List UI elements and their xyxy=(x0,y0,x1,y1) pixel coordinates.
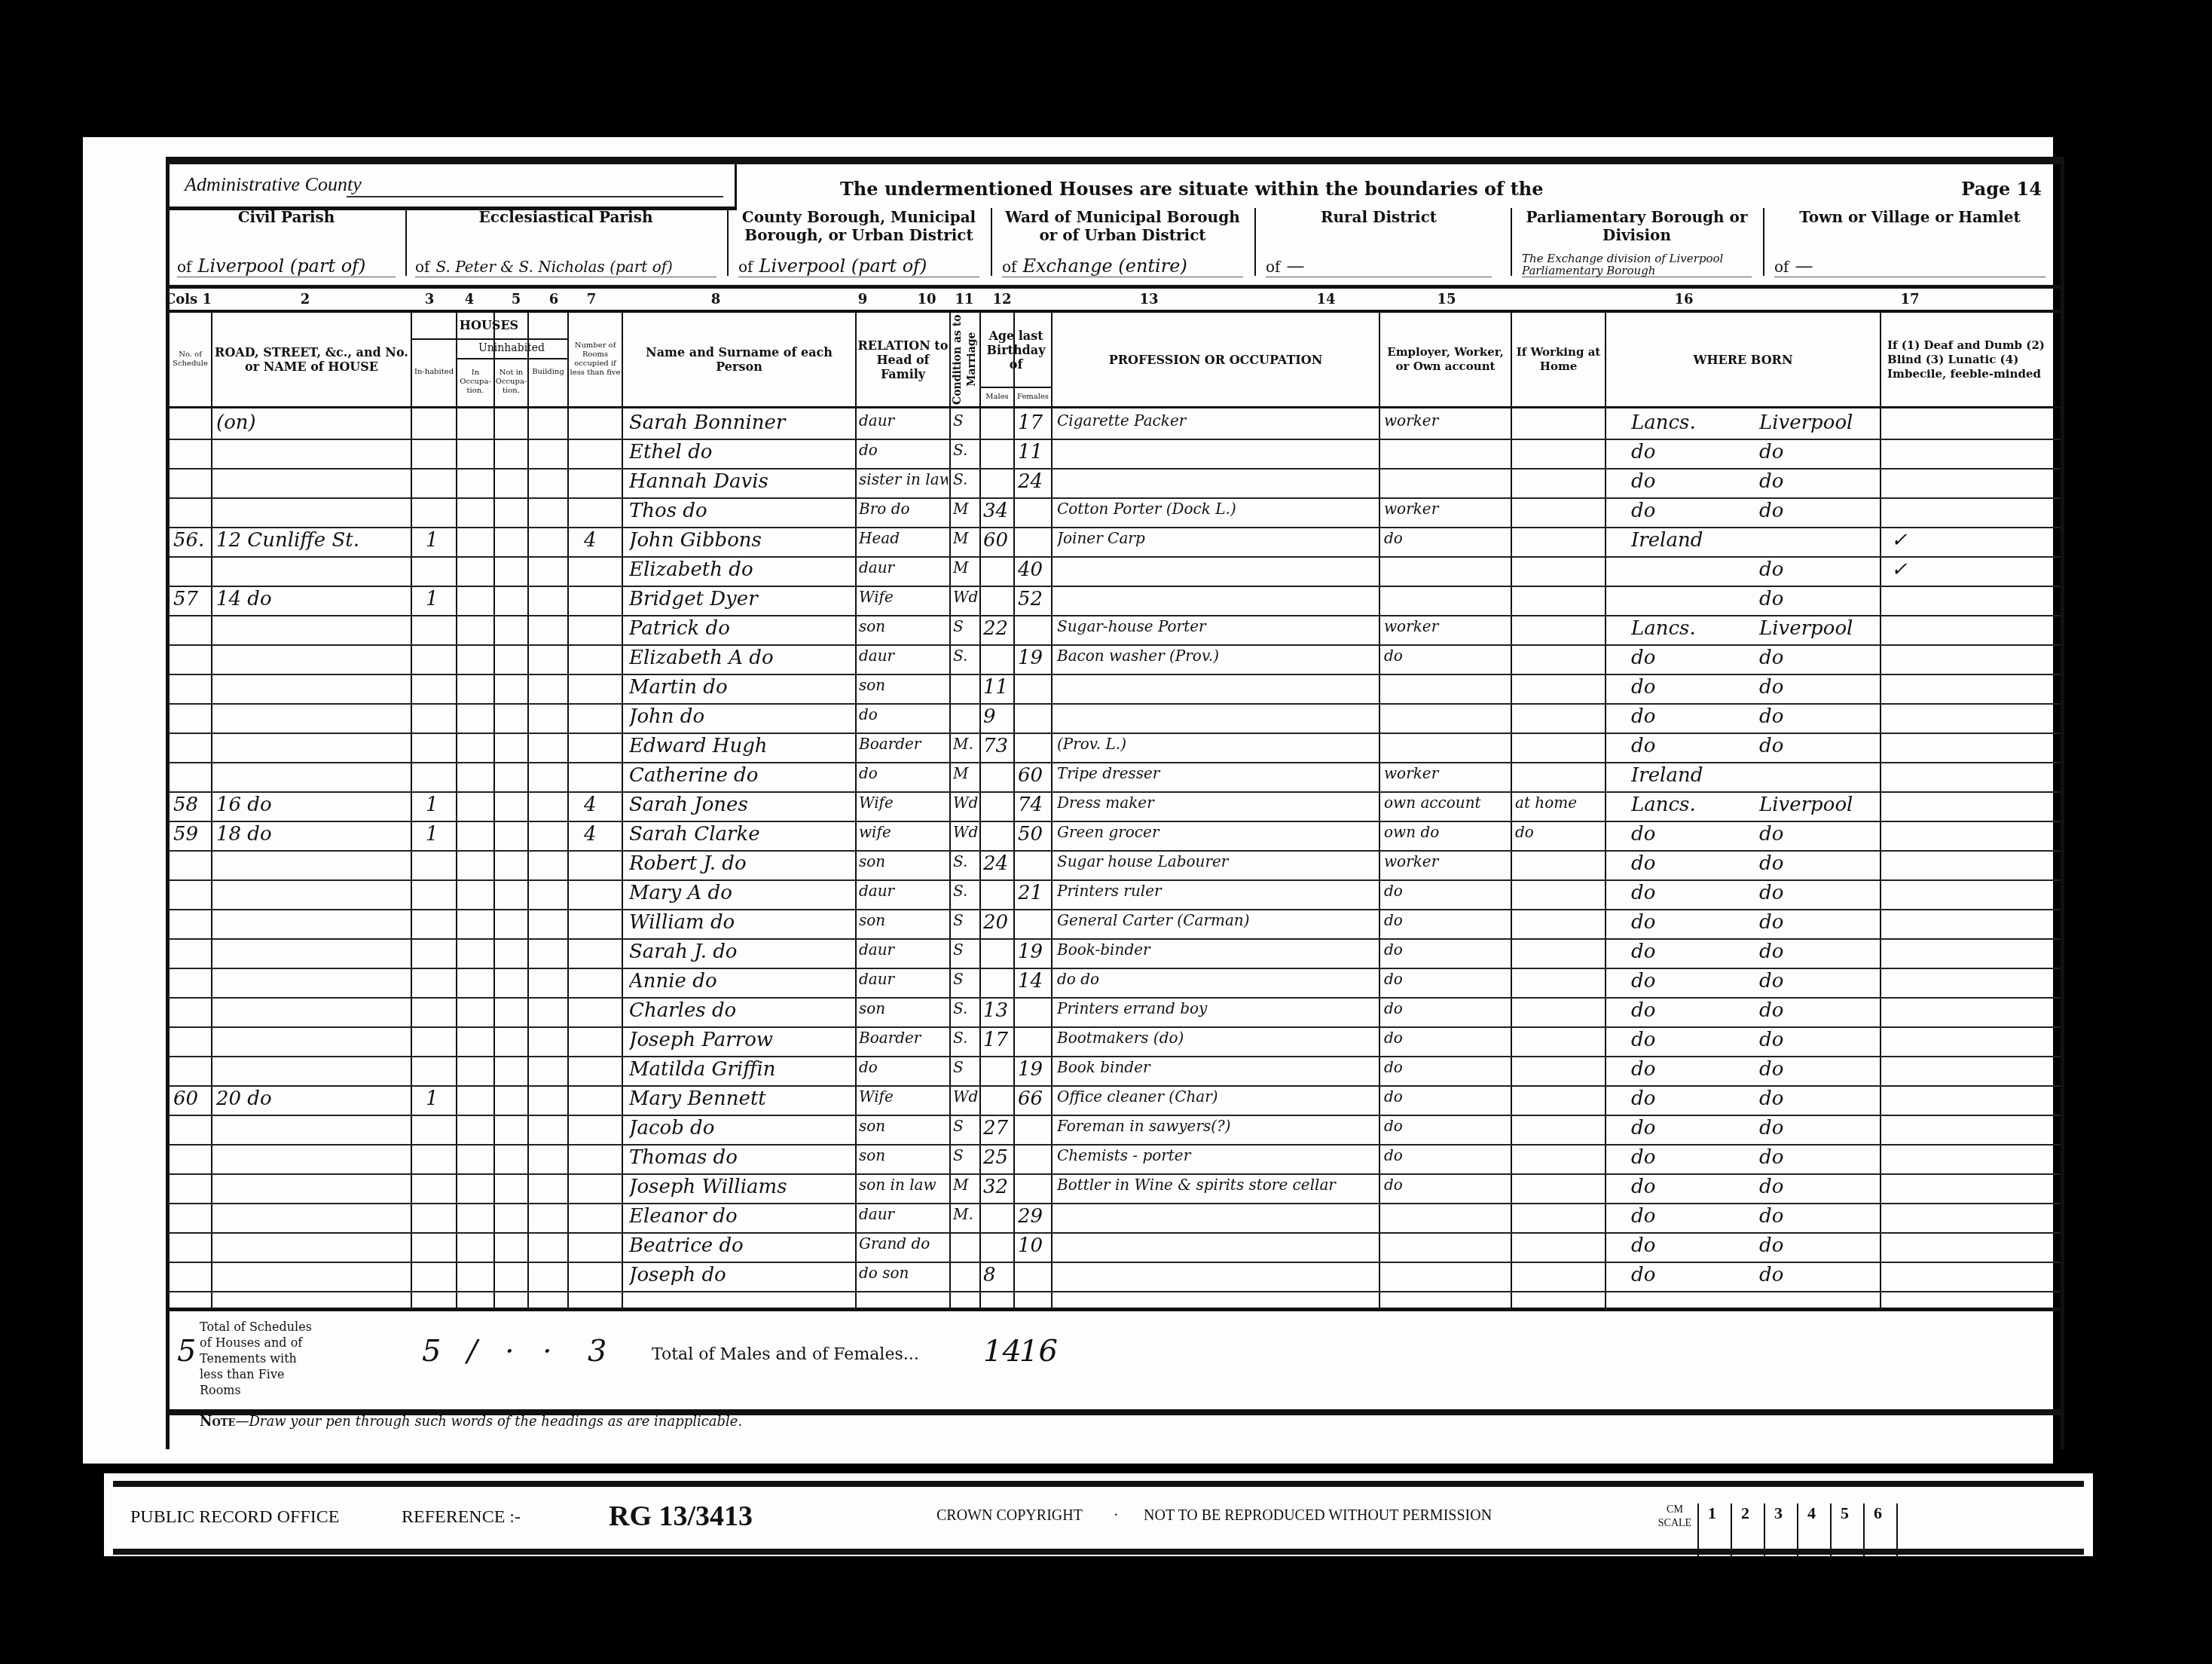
born-county-cell: do xyxy=(1631,941,1744,963)
born-place-cell: do xyxy=(1759,588,1876,610)
header-houses: HOUSES xyxy=(411,313,567,340)
column-numbers: Cols 1 2 3 4 5 6 7 8 9 10 11 12 13 14 15… xyxy=(170,289,2061,313)
header-females: Females xyxy=(1015,388,1051,408)
condition-cell: M. xyxy=(953,735,979,753)
condition-cell: S. xyxy=(953,470,979,488)
name-cell: Bridget Dyer xyxy=(629,588,855,610)
condition-cell: S. xyxy=(953,1029,979,1047)
name-cell: Mary Bennett xyxy=(629,1087,855,1110)
table-row: Hannah Davissister in lawS.24dodo xyxy=(170,467,2061,499)
condition-cell: M. xyxy=(953,1205,979,1223)
table-row: Elizabeth dodaurM40do✓ xyxy=(170,555,2061,587)
born-county-cell: Ireland xyxy=(1631,529,1744,552)
born-place-cell: do xyxy=(1759,1087,1876,1110)
occupation-cell: Joiner Carp xyxy=(1057,529,1377,547)
name-cell: Joseph Parrow xyxy=(629,1029,855,1051)
employer-cell: do xyxy=(1384,1117,1511,1135)
rooms-cell: 4 xyxy=(584,529,618,552)
born-place-cell: do xyxy=(1759,970,1876,993)
born-place-cell: do xyxy=(1759,1234,1876,1257)
employer-cell: worker xyxy=(1384,500,1511,518)
address-cell: 20 do xyxy=(216,1087,408,1110)
name-cell: Ethel do xyxy=(629,441,855,463)
female-age-cell: 66 xyxy=(1018,1087,1049,1110)
male-age-cell: 32 xyxy=(983,1176,1013,1198)
cm-scale: CM SCALE 1 2 3 4 5 6 xyxy=(1652,1503,1987,1556)
relation-cell: daur xyxy=(859,970,948,988)
divider xyxy=(727,208,729,276)
table-row: 5714 do1Bridget DyerWifeWd52do xyxy=(170,585,2061,616)
born-county-cell: do xyxy=(1631,1117,1744,1139)
divider xyxy=(405,208,407,276)
occupation-cell: Green grocer xyxy=(1057,823,1377,841)
name-cell: Sarah Bonniner xyxy=(629,411,855,434)
born-county-cell: do xyxy=(1631,999,1744,1022)
table-row: Robert J. dosonS.24Sugar house Labourerw… xyxy=(170,849,2061,881)
born-county-cell: Ireland xyxy=(1631,764,1744,787)
table-row: 5918 do14Sarah ClarkewifeWd50Green groce… xyxy=(170,820,2061,852)
col-number: 9 xyxy=(858,292,868,307)
employer-cell: do xyxy=(1384,647,1511,665)
born-place-cell: do xyxy=(1759,558,1876,581)
condition-cell: S. xyxy=(953,647,979,665)
col-number: 7 xyxy=(587,292,597,307)
name-cell: Joseph do xyxy=(629,1264,855,1286)
table-row: Edward HughBoarderM.73(Prov. L.)dodo xyxy=(170,732,2061,763)
table-row: Ethel dodoS.11dodo xyxy=(170,438,2061,470)
condition-cell: Wd xyxy=(953,588,979,606)
col-number: 15 xyxy=(1437,292,1456,307)
header-at-home: If Working at Home xyxy=(1512,313,1605,408)
address-cell: 16 do xyxy=(216,794,408,816)
civil-parish-value: Liverpool (part of) xyxy=(197,255,365,277)
female-age-cell: 19 xyxy=(1018,647,1049,669)
relation-cell: daur xyxy=(859,941,948,959)
occupation-cell: Sugar-house Porter xyxy=(1057,617,1377,635)
name-cell: Charles do xyxy=(629,999,855,1022)
relation-cell: Head xyxy=(859,529,948,547)
occupation-cell: Cigarette Packer xyxy=(1057,411,1377,430)
born-county-cell: do xyxy=(1631,823,1744,846)
name-cell: Elizabeth A do xyxy=(629,647,855,669)
born-county-cell: do xyxy=(1631,1087,1744,1110)
born-county-cell: do xyxy=(1631,676,1744,699)
female-age-cell: 50 xyxy=(1018,823,1049,846)
ecclesiastical-parish: Ecclesiastical Parish ofS. Peter & S. Ni… xyxy=(408,202,724,285)
top-rule xyxy=(170,157,2061,164)
schedule-cell: 59 xyxy=(173,823,209,846)
name-cell: Patrick do xyxy=(629,617,855,640)
col-number: 14 xyxy=(1316,292,1335,307)
occupation-cell: Bacon washer (Prov.) xyxy=(1057,647,1377,665)
ward-value: Exchange (entire) xyxy=(1022,255,1187,277)
header-rooms: Number of Rooms occupied if less than fi… xyxy=(569,313,622,408)
female-age-cell: 10 xyxy=(1018,1234,1049,1257)
occupation-cell: Chemists - porter xyxy=(1057,1146,1377,1164)
male-age-cell: 24 xyxy=(983,852,1013,875)
note-text: —Draw your pen through such words of the… xyxy=(235,1414,742,1430)
born-county-cell: do xyxy=(1631,441,1744,463)
male-age-cell: 73 xyxy=(983,735,1013,757)
col-number: 5 xyxy=(512,292,521,307)
born-county-cell: do xyxy=(1631,911,1744,934)
relation-cell: daur xyxy=(859,882,948,900)
totals-row: 5 Total of Schedules of Houses and of Te… xyxy=(170,1308,2061,1415)
header-in-occupation: In Occupa-tion. xyxy=(457,358,493,408)
occupation-cell: Dress maker xyxy=(1057,794,1377,812)
employer-cell: do xyxy=(1384,941,1511,959)
born-county-cell: do xyxy=(1631,1058,1744,1081)
table-row: Eleanor dodaurM.29dodo xyxy=(170,1202,2061,1234)
parliamentary-borough: Parliamentary Borough or Division The Ex… xyxy=(1514,202,1759,285)
born-place-cell: do xyxy=(1759,735,1876,757)
condition-cell: S. xyxy=(953,441,979,459)
male-age-cell: 20 xyxy=(983,911,1013,934)
condition-cell: M xyxy=(953,1176,979,1194)
occupation-cell: Cotton Porter (Dock L.) xyxy=(1057,500,1377,518)
born-place-cell: Liverpool xyxy=(1759,411,1876,434)
employer-cell: worker xyxy=(1384,411,1511,430)
born-place-cell: do xyxy=(1759,999,1876,1022)
col-number: 2 xyxy=(301,292,310,307)
table-row: Thomas dosonS25Chemists - porterdododo xyxy=(170,1143,2061,1175)
footnote: Note—Draw your pen through such words of… xyxy=(200,1414,742,1430)
female-age-cell: 21 xyxy=(1018,882,1049,904)
schedule-cell: 58 xyxy=(173,794,209,816)
born-place-cell: do xyxy=(1759,1117,1876,1139)
employer-cell: do xyxy=(1384,911,1511,929)
name-cell: Thomas do xyxy=(629,1146,855,1169)
employer-cell: own account xyxy=(1384,794,1511,812)
infirmity-cell: ✓ xyxy=(1891,529,1936,552)
strip-rule-top xyxy=(113,1481,2084,1487)
civil-parish-label: Civil Parish xyxy=(170,202,403,226)
header-building: Building xyxy=(529,338,567,408)
born-county-cell: do xyxy=(1631,500,1744,522)
inhabited-cell: 1 xyxy=(426,1087,452,1110)
area-headers: Civil Parish ofLiverpool (part of) Eccle… xyxy=(170,202,2061,289)
born-county-cell: do xyxy=(1631,735,1744,757)
name-cell: Joseph Williams xyxy=(629,1176,855,1198)
born-place-cell: do xyxy=(1759,1176,1876,1198)
condition-cell: S xyxy=(953,1117,979,1135)
born-county-cell: do xyxy=(1631,705,1744,728)
table-row: Beatrice doGrand do10dodo xyxy=(170,1231,2061,1263)
relation-cell: Boarder xyxy=(859,1029,948,1047)
born-place-cell: do xyxy=(1759,1146,1876,1169)
name-cell: Thos do xyxy=(629,500,855,522)
condition-cell: Wd xyxy=(953,823,979,841)
name-cell: Hannah Davis xyxy=(629,470,855,493)
table-row: John dodo9dodo xyxy=(170,702,2061,734)
rural-district-label: Rural District xyxy=(1258,202,1499,226)
born-county-cell: Lancs. xyxy=(1631,617,1744,640)
male-age-cell: 25 xyxy=(983,1146,1013,1169)
relation-cell: Boarder xyxy=(859,735,948,753)
scale-tick: 2 xyxy=(1731,1503,1764,1556)
born-place-cell: do xyxy=(1759,1264,1876,1286)
born-place-cell: do xyxy=(1759,882,1876,904)
occupation-cell: Book binder xyxy=(1057,1058,1377,1076)
header-schedule: No. of Schedule xyxy=(170,313,211,408)
header-name: Name and Surname of each Person xyxy=(623,313,855,408)
condition-cell: S. xyxy=(953,882,979,900)
female-age-cell: 11 xyxy=(1018,441,1049,463)
employer-cell: worker xyxy=(1384,852,1511,870)
total-inhabited: 5 xyxy=(422,1334,441,1369)
employer-cell: worker xyxy=(1384,764,1511,782)
name-cell: Elizabeth do xyxy=(629,558,855,581)
inhabited-cell: 1 xyxy=(426,588,452,610)
occupation-cell: Printers ruler xyxy=(1057,882,1377,900)
header-not-in-occupation: Not in Occupa-tion. xyxy=(495,358,527,408)
table-row: Annie dodaurS14do dodododo xyxy=(170,967,2061,999)
rooms-cell: 4 xyxy=(584,823,618,846)
born-county-cell: do xyxy=(1631,1176,1744,1198)
male-age-cell: 34 xyxy=(983,500,1013,522)
name-cell: John Gibbons xyxy=(629,529,855,552)
born-place-cell: Liverpool xyxy=(1759,617,1876,640)
employer-cell: do xyxy=(1384,1146,1511,1164)
occupation-cell: Foreman in sawyers(?) xyxy=(1057,1117,1377,1135)
ecclesiastical-parish-value: S. Peter & S. Nicholas (part of) xyxy=(435,258,672,276)
divider xyxy=(1254,208,1256,276)
county-borough: County Borough, Municipal Borough, or Ur… xyxy=(731,202,987,285)
table-row: (on)Sarah BonninerdaurS17Cigarette Packe… xyxy=(170,408,2061,440)
page-number: Page 14 xyxy=(1961,178,2042,200)
divider xyxy=(991,208,992,276)
occupation-cell: Bootmakers (do) xyxy=(1057,1029,1377,1047)
address-cell: 14 do xyxy=(216,588,408,610)
parliamentary-borough-value: The Exchange division of Liverpool Parli… xyxy=(1522,252,1723,277)
relation-cell: sister in law xyxy=(859,470,948,488)
born-place-cell: do xyxy=(1759,676,1876,699)
male-age-cell: 13 xyxy=(983,999,1013,1022)
table-row: 56.12 Cunliffe St.14John GibbonsHeadM60J… xyxy=(170,526,2061,558)
total-building: · xyxy=(542,1334,552,1369)
parliamentary-borough-label: Parliamentary Borough or Division xyxy=(1514,202,1759,244)
female-age-cell: 14 xyxy=(1018,970,1049,993)
name-cell: Sarah Jones xyxy=(629,794,855,816)
relation-cell: Wife xyxy=(859,1087,948,1106)
occupation-cell: Sugar house Labourer xyxy=(1057,852,1377,870)
ward: Ward of Municipal Borough or of Urban Di… xyxy=(994,202,1251,285)
name-cell: Catherine do xyxy=(629,764,855,787)
born-county-cell: do xyxy=(1631,1234,1744,1257)
totals-schedules-label: Total of Schedules of Houses and of Tene… xyxy=(200,1319,320,1398)
header-condition: Condition as to Marriage xyxy=(951,313,979,408)
condition-cell: S. xyxy=(953,999,979,1017)
name-cell: Mary A do xyxy=(629,882,855,904)
col-number: 11 xyxy=(955,292,973,307)
employer-cell: do xyxy=(1384,882,1511,900)
born-place-cell: do xyxy=(1759,470,1876,493)
relation-cell: Wife xyxy=(859,794,948,812)
condition-cell: S xyxy=(953,411,979,430)
born-place-cell: do xyxy=(1759,1205,1876,1228)
table-row: Matilda GriffindoS19Book binderdododo xyxy=(170,1055,2061,1087)
civil-parish: Civil Parish ofLiverpool (part of) xyxy=(170,202,403,285)
relation-cell: do son xyxy=(859,1264,948,1282)
address-cell: 18 do xyxy=(216,823,408,846)
table-row: Sarah J. dodaurS19Book-binderdododo xyxy=(170,938,2061,969)
female-age-cell: 17 xyxy=(1018,411,1049,434)
table-row: Elizabeth A dodaurS.19Bacon washer (Prov… xyxy=(170,644,2061,675)
col-number: 8 xyxy=(711,292,721,307)
male-age-cell: 27 xyxy=(983,1117,1013,1139)
header-where-born: WHERE BORN xyxy=(1606,313,1880,408)
relation-cell: Grand do xyxy=(859,1234,948,1253)
occupation-cell: General Carter (Carman) xyxy=(1057,911,1377,929)
table-row: 5816 do14Sarah JonesWifeWd74Dress makero… xyxy=(170,791,2061,822)
male-age-cell: 8 xyxy=(983,1264,1013,1286)
census-table: No. of Schedule ROAD, STREET, &c., and N… xyxy=(170,313,2061,1308)
occupation-cell: Book-binder xyxy=(1057,941,1377,959)
table-row: Patrick dosonS22Sugar-house Porterworker… xyxy=(170,614,2061,646)
relation-cell: son xyxy=(859,676,948,694)
relation-cell: Wife xyxy=(859,588,948,606)
relation-cell: Bro do xyxy=(859,500,948,518)
address-cell: 12 Cunliffe St. xyxy=(216,529,408,552)
total-not-in-occupation: · xyxy=(505,1334,515,1369)
born-place-cell: do xyxy=(1759,911,1876,934)
relation-cell: daur xyxy=(859,1205,948,1223)
col-number: 17 xyxy=(1900,292,1919,307)
born-county-cell: do xyxy=(1631,1146,1744,1169)
condition-cell: S xyxy=(953,970,979,988)
town-village-hamlet-value: — xyxy=(1795,255,1813,277)
female-age-cell: 52 xyxy=(1018,588,1049,610)
name-cell: Jacob do xyxy=(629,1117,855,1139)
inhabited-cell: 1 xyxy=(426,529,452,552)
table-row: Catherine dodoM60Tripe dresserworkerIrel… xyxy=(170,761,2061,793)
header-age: Age last Birthday of xyxy=(981,313,1051,388)
rural-district: Rural District of— xyxy=(1258,202,1499,285)
employer-cell: do xyxy=(1384,1087,1511,1106)
condition-cell: S xyxy=(953,617,979,635)
col-number: Cols 1 xyxy=(165,292,212,307)
table-row: 6020 do1Mary BennettWifeWd66Office clean… xyxy=(170,1084,2061,1116)
employer-cell: do xyxy=(1384,1058,1511,1076)
relation-cell: do xyxy=(859,1058,948,1076)
name-cell: Sarah Clarke xyxy=(629,823,855,846)
relation-cell: son xyxy=(859,852,948,870)
note-prefix: Note xyxy=(200,1414,235,1430)
town-village-hamlet-label: Town or Village or Hamlet xyxy=(1767,202,2053,226)
situate-text: The undermentioned Houses are situate wi… xyxy=(840,178,1544,200)
col-number: 10 xyxy=(917,292,936,307)
separator: · xyxy=(1114,1507,1119,1525)
reference-number: RG 13/3413 xyxy=(609,1500,753,1533)
born-place-cell: do xyxy=(1759,500,1876,522)
born-county-cell: do xyxy=(1631,1264,1744,1286)
condition-cell: M xyxy=(953,558,979,577)
name-cell: Annie do xyxy=(629,970,855,993)
born-county-cell: do xyxy=(1631,852,1744,875)
condition-cell: M xyxy=(953,529,979,547)
condition-cell: S xyxy=(953,1058,979,1076)
female-age-cell: 19 xyxy=(1018,1058,1049,1081)
born-county-cell: do xyxy=(1631,1205,1744,1228)
female-age-cell: 60 xyxy=(1018,764,1049,787)
scale-tail xyxy=(1896,1503,1987,1556)
relation-cell: son xyxy=(859,999,948,1017)
female-age-cell: 24 xyxy=(1018,470,1049,493)
condition-cell: M xyxy=(953,764,979,782)
born-place-cell: do xyxy=(1759,705,1876,728)
employer-cell: do xyxy=(1384,970,1511,988)
table-row: Thos doBro doM34Cotton Porter (Dock L.)w… xyxy=(170,497,2061,528)
condition-cell: S xyxy=(953,941,979,959)
scale-tick: 1 xyxy=(1697,1503,1731,1556)
relation-cell: son xyxy=(859,617,948,635)
born-place-cell: do xyxy=(1759,823,1876,846)
born-county-cell: do xyxy=(1631,1029,1744,1051)
administrative-county-line xyxy=(347,196,723,197)
born-place-cell: do xyxy=(1759,647,1876,669)
infirmity-cell: ✓ xyxy=(1891,558,1936,581)
divider xyxy=(1511,208,1512,276)
at-home-cell: at home xyxy=(1515,794,1604,812)
public-record-office: PUBLIC RECORD OFFICE xyxy=(130,1507,339,1528)
header-infirmity: If (1) Deaf and Dumb (2) Blind (3) Lunat… xyxy=(1881,313,2061,408)
born-place-cell: do xyxy=(1759,852,1876,875)
occupation-cell: do do xyxy=(1057,970,1377,988)
occupation-cell: Tripe dresser xyxy=(1057,764,1377,782)
occupation-cell: Office cleaner (Char) xyxy=(1057,1087,1377,1106)
female-age-cell: 19 xyxy=(1018,941,1049,963)
form-header: Administrative County The undermentioned… xyxy=(170,164,2061,202)
scale-tick: 4 xyxy=(1797,1503,1830,1556)
relation-cell: son xyxy=(859,911,948,929)
born-county-cell: Lancs. xyxy=(1631,794,1744,816)
condition-cell: S xyxy=(953,1146,979,1164)
header-relation: RELATION to Head of Family xyxy=(857,313,949,408)
county-borough-label: County Borough, Municipal Borough, or Ur… xyxy=(731,202,987,244)
born-place-cell: do xyxy=(1759,441,1876,463)
table-row: Jacob dosonS27Foreman in sawyers(?)dodod… xyxy=(170,1114,2061,1146)
relation-cell: son in law xyxy=(859,1176,948,1194)
rural-district-value: — xyxy=(1286,255,1304,277)
col-number: 12 xyxy=(992,292,1011,307)
schedule-cell: 57 xyxy=(173,588,209,610)
col-number: 13 xyxy=(1139,292,1158,307)
table-row: William dosonS20General Carter (Carman)d… xyxy=(170,908,2061,940)
total-schedules: 5 xyxy=(177,1334,196,1369)
employer-cell: own do xyxy=(1384,823,1511,841)
condition-cell: Wd xyxy=(953,794,979,812)
name-cell: Eleanor do xyxy=(629,1205,855,1228)
born-place-cell: Liverpool xyxy=(1759,794,1876,816)
total-females: 16 xyxy=(1019,1334,1058,1369)
reproduction-notice: NOT TO BE REPRODUCED WITHOUT PERMISSION xyxy=(1144,1507,1492,1525)
relation-cell: daur xyxy=(859,558,948,577)
born-county-cell: do xyxy=(1631,882,1744,904)
occupation-cell: Bottler in Wine & spirits store cellar xyxy=(1057,1176,1377,1194)
male-age-cell: 9 xyxy=(983,705,1013,728)
male-age-cell: 11 xyxy=(983,676,1013,699)
employer-cell: worker xyxy=(1384,617,1511,635)
relation-cell: son xyxy=(859,1117,948,1135)
name-cell: Sarah J. do xyxy=(629,941,855,963)
table-row: Martin doson11dodo xyxy=(170,673,2061,705)
employer-cell: do xyxy=(1384,529,1511,547)
born-county-cell: do xyxy=(1631,647,1744,669)
table-row: Joseph dodo son8dodo xyxy=(170,1261,2061,1292)
scale-tick: 3 xyxy=(1764,1503,1797,1556)
relation-cell: wife xyxy=(859,823,948,841)
ward-label: Ward of Municipal Borough or of Urban Di… xyxy=(994,202,1251,244)
